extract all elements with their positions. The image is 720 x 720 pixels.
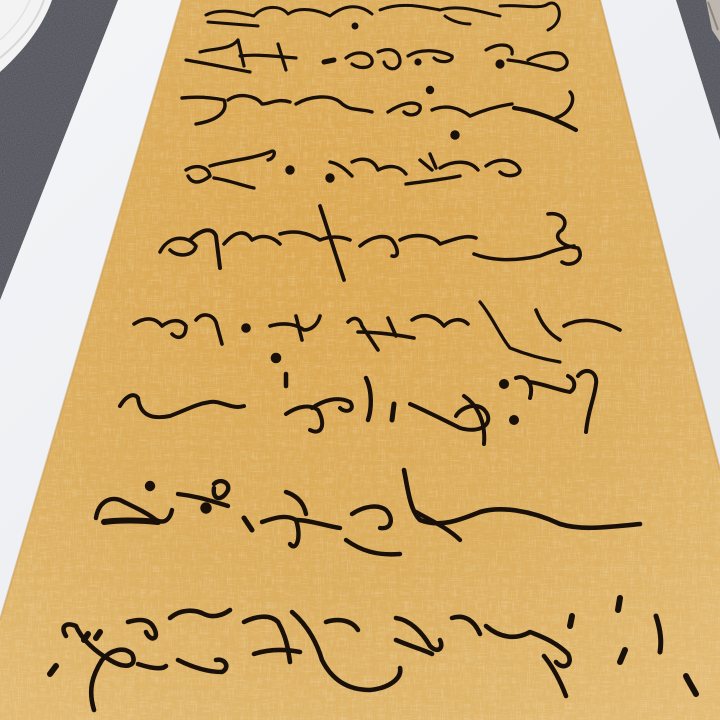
calligraphy-line-9	[50, 598, 696, 710]
calligraphy-line-2	[186, 40, 567, 72]
calligraphy-ink	[0, 0, 720, 720]
calligraphy-line-8	[96, 470, 640, 554]
calligraphy-line-4	[186, 151, 520, 188]
calligraphy-line-7	[120, 371, 596, 444]
calligraphy-line-6	[134, 302, 620, 362]
calligraphy-line-5	[160, 206, 580, 280]
calligraphy-line-1	[206, 3, 559, 30]
calligraphy-line-3	[182, 88, 576, 139]
